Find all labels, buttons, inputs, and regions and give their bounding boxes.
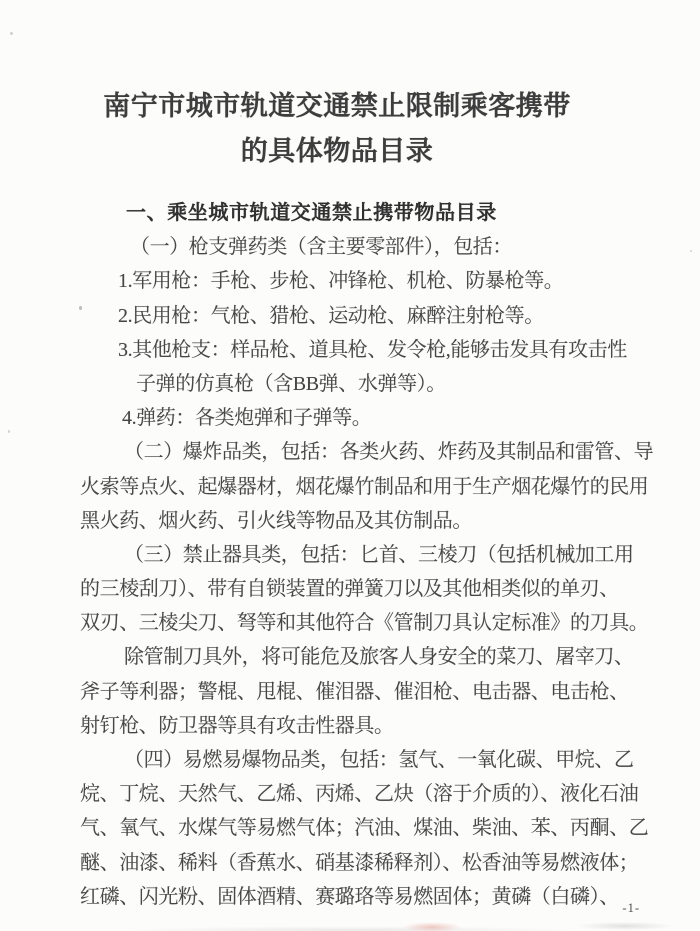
text-line: 3.其他枪支：样品枪、道具枪、发令枪,能够击发具有攻击性 bbox=[80, 333, 655, 367]
scan-speckle bbox=[690, 250, 692, 252]
text-line: 醚、油漆、稀料（香蕉水、硝基漆稀释剂）、松香油等易燃液体； bbox=[80, 846, 655, 880]
text-line: 烷、丁烷、天然气、乙烯、丙烯、乙炔（溶于介质的）、液化石油 bbox=[80, 777, 655, 811]
text-line: 射钉枪、防卫器等具有攻击性器具。 bbox=[80, 709, 655, 743]
text-line: 除管制刀具外，将可能危及旅客人身安全的菜刀、屠宰刀、 bbox=[80, 640, 655, 674]
page-number: -1- bbox=[622, 901, 640, 916]
text-line: 1.军用枪：手枪、步枪、冲锋枪、机枪、防暴枪等。 bbox=[80, 264, 655, 298]
document-title-line1: 南宁市城市轨道交通禁止限制乘客携带 bbox=[0, 84, 687, 129]
document-title: 南宁市城市轨道交通禁止限制乘客携带 的具体物品目录 bbox=[0, 84, 687, 174]
text-line: 2.民用枪：气枪、猎枪、运动枪、麻醉注射枪等。 bbox=[80, 299, 655, 333]
text-line: （二）爆炸品类，包括：各类火药、炸药及其制品和雷管、导 bbox=[80, 435, 655, 469]
text-line: 黑火药、烟火药、引火线等物品及其仿制品。 bbox=[80, 504, 655, 538]
scan-speckle bbox=[8, 430, 10, 433]
scan-speckle bbox=[240, 115, 242, 117]
scan-speckle bbox=[79, 306, 82, 310]
text-line: 红磷、闪光粉、固体酒精、赛璐珞等易燃固体；黄磷（白磷）、 bbox=[80, 880, 655, 914]
text-line: 气、氧气、水煤气等易燃气体；汽油、煤油、柴油、苯、丙酮、乙 bbox=[80, 811, 655, 845]
document-body: 一、乘坐城市轨道交通禁止携带物品目录（一）枪支弹药类（含主要零部件），包括：1.… bbox=[80, 196, 655, 914]
document-title-line2: 的具体物品目录 bbox=[0, 129, 687, 174]
text-line: 斧子等利器；警棍、甩棍、催泪器、催泪枪、电击器、电击枪、 bbox=[80, 675, 655, 709]
scanned-document-page: 南宁市城市轨道交通禁止限制乘客携带 的具体物品目录 一、乘坐城市轨道交通禁止携带… bbox=[0, 0, 700, 931]
text-line: 子弹的仿真枪（含BB弹、水弹等）。 bbox=[80, 367, 655, 401]
scan-speckle bbox=[10, 32, 13, 35]
text-line: 火索等点火、起爆器材，烟花爆竹制品和用于生产烟花爆竹的民用 bbox=[80, 470, 655, 504]
text-line: 双刃、三棱尖刀、弩等和其他符合《管制刀具认定标准》的刀具。 bbox=[80, 606, 655, 640]
text-line: 4.弹药：各类炮弹和子弹等。 bbox=[80, 401, 655, 435]
text-line: （一）枪支弹药类（含主要零部件），包括： bbox=[80, 230, 655, 264]
section-heading: 一、乘坐城市轨道交通禁止携带物品目录 bbox=[80, 196, 655, 230]
text-line: 的三棱刮刀）、带有自锁装置的弹簧刀以及其他相类似的单刃、 bbox=[80, 572, 655, 606]
text-line: （三）禁止器具类，包括：匕首、三棱刀（包括机械加工用 bbox=[80, 538, 655, 572]
text-line: （四）易燃易爆物品类，包括：氢气、一氧化碳、甲烷、乙 bbox=[80, 743, 655, 777]
